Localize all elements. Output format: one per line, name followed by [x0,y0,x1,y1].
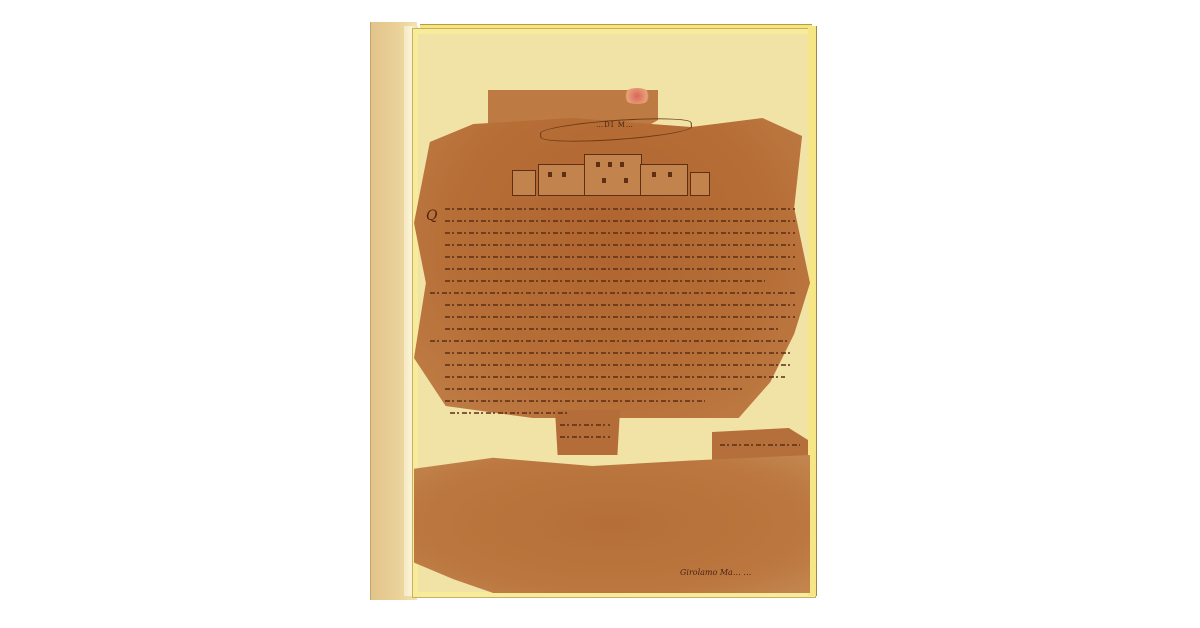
parchment-fragment-mid [555,410,620,455]
seal-emblem-icon [622,88,652,104]
banner-text: …DI M… [565,121,665,129]
signature: Girolamo Ma… … [680,568,780,577]
initial-letter: Q [426,208,437,224]
building-illustration [512,152,710,196]
